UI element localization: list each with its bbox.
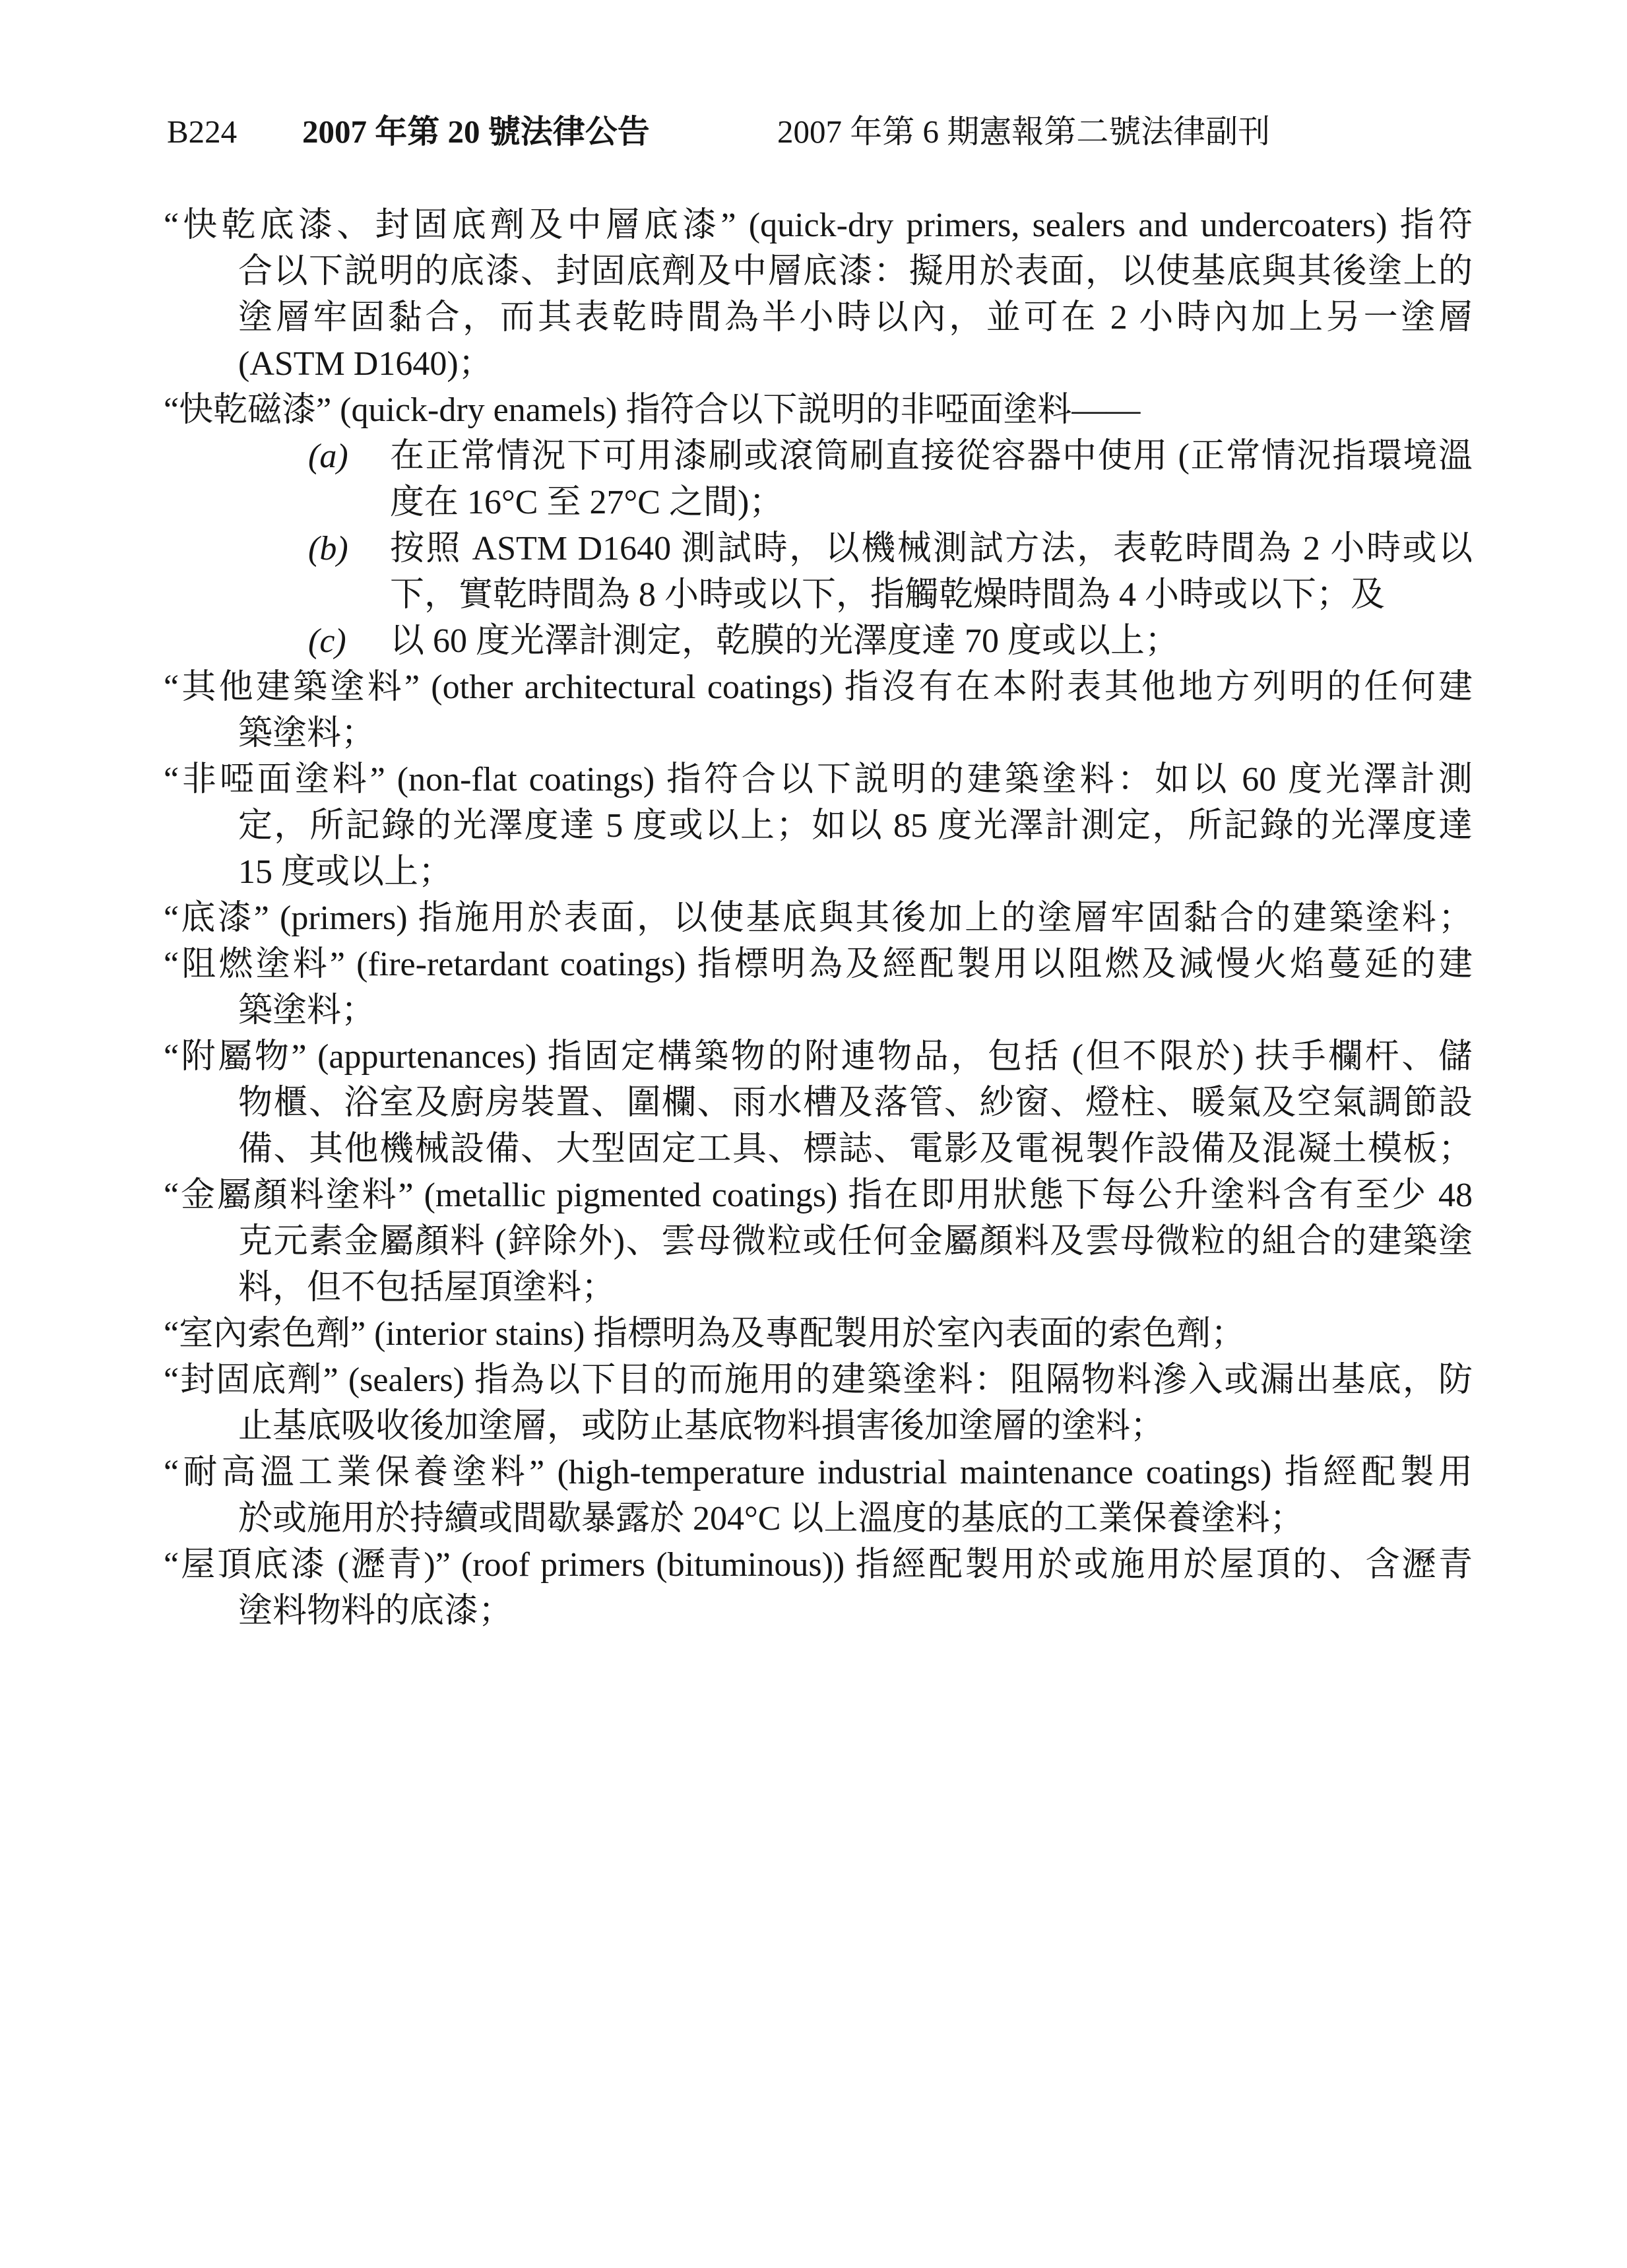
line-text: 築塗料； [238,992,375,1029]
line-text: “快乾底漆、封固底劑及中層底漆” (quick-dry primers, sea… [164,207,1473,244]
definition-line: “快乾底漆、封固底劑及中層底漆” (quick-dry primers, sea… [164,203,1473,249]
definition-line: 下，實乾時間為 8 小時或以下，指觸乾燥時間為 4 小時或以下；及 [164,572,1473,618]
line-text: 合以下説明的底漆、封固底劑及中層底漆：擬用於表面，以使基底與其後塗上的 [238,253,1473,290]
definition-line: 克元素金屬顏料 (鋅除外)、雲母微粒或任何金屬顏料及雲母微粒的組合的建築塗 [164,1219,1473,1265]
definition-line: “封固底劑” (sealers) 指為以下目的而施用的建築塗料：阻隔物料滲入或漏… [164,1357,1473,1404]
definition-line: “金屬顏料塗料” (metallic pigmented coatings) 指… [164,1173,1473,1219]
header-notice-title: 2007 年第 20 號法律公告 [302,113,650,150]
line-text: “其他建築塗料” (other architectural coatings) … [164,668,1473,706]
list-item-letter: (c) [308,618,346,664]
definition-line: “非啞面塗料” (non-flat coatings) 指符合以下説明的建築塗料… [164,757,1473,803]
line-text: 按照 ASTM D1640 測試時，以機械測試方法，表乾時間為 2 小時或以 [390,530,1473,567]
page-number: B224 [167,113,237,150]
line-text: 下，實乾時間為 8 小時或以下，指觸乾燥時間為 4 小時或以下；及 [390,576,1385,614]
definition-line: 塗層牢固黏合，而其表乾時間為半小時以內，並可在 2 小時內加上另一塗層 [164,295,1473,341]
definition-line: “阻燃塗料” (fire-retardant coatings) 指標明為及經配… [164,942,1473,988]
definition-line: “其他建築塗料” (other architectural coatings) … [164,664,1473,711]
line-text: 度在 16°C 至 27°C 之間)； [390,484,783,521]
definition-line: “快乾磁漆” (quick-dry enamels) 指符合以下説明的非啞面塗料… [164,387,1473,434]
list-item-line: (a)在正常情況下可用漆刷或滾筒刷直接從容器中使用 (正常情況指環境溫 [164,434,1473,480]
line-text: 料，但不包括屋頂塗料； [238,1269,616,1307]
definition-line: 築塗料； [164,988,1473,1034]
line-text: “附屬物” (appurtenances) 指固定構築物的附連物品，包括 (但不… [164,1038,1473,1076]
line-text: 塗層牢固黏合，而其表乾時間為半小時以內，並可在 2 小時內加上另一塗層 [238,299,1473,337]
line-text: “金屬顏料塗料” (metallic pigmented coatings) 指… [164,1177,1473,1214]
definition-line: 物櫃、浴室及廚房裝置、圍欄、雨水槽及落管、紗窗、燈柱、暖氣及空氣調節設 [164,1080,1473,1126]
list-item-line: (b)按照 ASTM D1640 測試時，以機械測試方法，表乾時間為 2 小時或… [164,526,1473,572]
line-text: 15 度或以上； [238,853,453,891]
definition-line: 料，但不包括屋頂塗料； [164,1265,1473,1311]
line-text: “耐高溫工業保養塗料” (high-temperature industrial… [164,1454,1473,1491]
header-gazette-title: 2007 年第 6 期憲報第二號法律副刊 [777,113,1270,150]
line-text: 築塗料； [238,715,375,752]
definition-line: 塗料物料的底漆； [164,1588,1473,1635]
line-text: “底漆” (primers) 指施用於表面，以使基底與其後加上的塗層牢固黏合的建… [164,899,1473,937]
definition-line: “耐高溫工業保養塗料” (high-temperature industrial… [164,1450,1473,1496]
definition-line: 合以下説明的底漆、封固底劑及中層底漆：擬用於表面，以使基底與其後塗上的 [164,249,1473,295]
line-text: “阻燃塗料” (fire-retardant coatings) 指標明為及經配… [164,946,1473,983]
definition-line: 築塗料； [164,711,1473,757]
line-text: 克元素金屬顏料 (鋅除外)、雲母微粒或任何金屬顏料及雲母微粒的組合的建築塗 [238,1223,1473,1260]
list-item-letter: (a) [308,434,348,480]
line-text: 塗料物料的底漆； [238,1592,513,1630]
line-text: 備、其他機械設備、大型固定工具、標誌、電影及電視製作設備及混凝土模板； [238,1130,1473,1168]
definition-line: 備、其他機械設備、大型固定工具、標誌、電影及電視製作設備及混凝土模板； [164,1126,1473,1173]
definition-line: 定，所記錄的光澤度達 5 度或以上；如以 85 度光澤計測定，所記錄的光澤度達 [164,803,1473,849]
line-text: 以 60 度光澤計測定，乾膜的光澤度達 70 度或以上； [390,622,1179,660]
definition-line: 15 度或以上； [164,849,1473,895]
definition-line: “底漆” (primers) 指施用於表面，以使基底與其後加上的塗層牢固黏合的建… [164,895,1473,942]
line-text: “封固底劑” (sealers) 指為以下目的而施用的建築塗料：阻隔物料滲入或漏… [164,1361,1473,1399]
definition-line: (ASTM D1640)； [164,341,1473,387]
line-text: “屋頂底漆 (瀝青)” (roof primers (bituminous)) … [164,1546,1473,1584]
definition-line: “屋頂底漆 (瀝青)” (roof primers (bituminous)) … [164,1542,1473,1588]
line-text: 在正常情況下可用漆刷或滾筒刷直接從容器中使用 (正常情況指環境溫 [390,437,1473,475]
list-item-line: (c)以 60 度光澤計測定，乾膜的光澤度達 70 度或以上； [164,618,1473,664]
line-text: 物櫃、浴室及廚房裝置、圍欄、雨水槽及落管、紗窗、燈柱、暖氣及空氣調節設 [238,1084,1473,1122]
line-text: 定，所記錄的光澤度達 5 度或以上；如以 85 度光澤計測定，所記錄的光澤度達 [238,807,1473,845]
document-body: “快乾底漆、封固底劑及中層底漆” (quick-dry primers, sea… [164,203,1473,1635]
definition-line: “附屬物” (appurtenances) 指固定構築物的附連物品，包括 (但不… [164,1034,1473,1080]
definition-line: “室內索色劑” (interior stains) 指標明為及專配製用於室內表面… [164,1311,1473,1357]
line-text: 止基底吸收後加塗層，或防止基底物料損害後加塗層的塗料； [238,1408,1164,1445]
line-text: (ASTM D1640)； [238,345,493,383]
definition-line: 於或施用於持續或間歇暴露於 204°C 以上溫度的基底的工業保養塗料； [164,1496,1473,1542]
line-text: “室內索色劑” (interior stains) 指標明為及專配製用於室內表面… [164,1315,1245,1353]
list-item-letter: (b) [308,526,348,572]
gazette-page: B224 2007 年第 20 號法律公告 2007 年第 6 期憲報第二號法律… [0,0,1627,2268]
line-text: 於或施用於持續或間歇暴露於 204°C 以上溫度的基底的工業保養塗料； [238,1500,1304,1538]
line-text: “快乾磁漆” (quick-dry enamels) 指符合以下説明的非啞面塗料… [164,391,1140,429]
definition-line: 止基底吸收後加塗層，或防止基底物料損害後加塗層的塗料； [164,1404,1473,1450]
line-text: “非啞面塗料” (non-flat coatings) 指符合以下説明的建築塗料… [164,761,1473,798]
definition-line: 度在 16°C 至 27°C 之間)； [164,480,1473,526]
